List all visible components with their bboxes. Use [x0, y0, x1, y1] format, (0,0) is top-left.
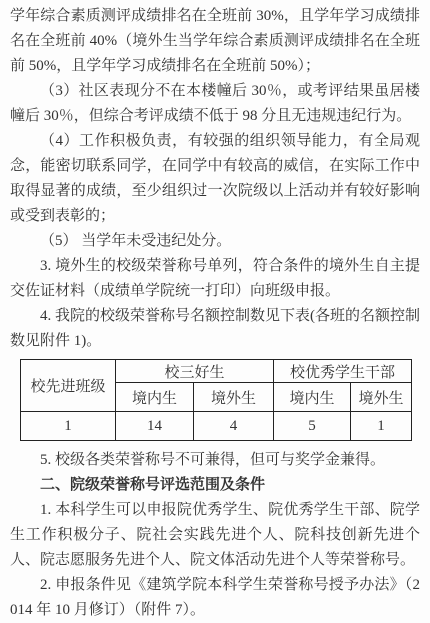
paragraph-item-4-work-responsibility: （4）工作积极负责，有较强的组织领导能力，有全局观念，能密切联系同学，在同学中有… — [10, 129, 420, 229]
paragraph-item-5-no-discipline: （5） 当学年未受违纪处分。 — [10, 229, 420, 254]
table-header-three-good-student: 校三好生 — [116, 360, 274, 383]
table-row-values: 1 14 4 5 1 — [21, 412, 412, 441]
paragraph-application-conditions: 2. 申报条件见《建筑学院本科学生荣誉称号授予办法》（2014 年 10 月修订… — [10, 573, 420, 623]
table-subheader-domestic-2: 境内生 — [274, 383, 351, 412]
table-value-three-good-domestic: 14 — [116, 412, 194, 441]
paragraph-item-3-community-score: （3）社区表现分不在本楼幢后 30％，或考评结果虽居楼幢后 30％，但综合考评成… — [10, 79, 420, 129]
paragraph-no-concurrent-titles: 5. 校级各类荣誉称号不可兼得，但可与奖学金兼得。 — [10, 448, 420, 473]
table-row-group-headers: 校先进班级 校三好生 校优秀学生干部 — [21, 360, 412, 383]
table-value-cadre-domestic: 5 — [274, 412, 351, 441]
paragraph-overseas-students-separate: 3. 境外生的校级荣誉称号单列，符合条件的境外生自主提交佐证材料（成绩单学院统一… — [10, 254, 420, 304]
table-subheader-overseas-1: 境外生 — [194, 383, 274, 412]
table-header-advanced-class: 校先进班级 — [21, 360, 116, 412]
table-value-advanced-class: 1 — [21, 412, 116, 441]
document-page: 学年综合素质测评成绩排名在全班前 30%，且学年学习成绩排名在全班前 40%（境… — [0, 0, 430, 623]
section-heading-college-honors: 二、院级荣誉称号评选范围及条件 — [10, 473, 420, 498]
table-value-cadre-overseas: 1 — [351, 412, 412, 441]
paragraph-comprehensive-ranking: 学年综合素质测评成绩排名在全班前 30%，且学年学习成绩排名在全班前 40%（境… — [10, 4, 420, 79]
paragraph-college-honor-types: 1. 本科学生可以申报院优秀学生、院优秀学生干部、院学生工作积极分子、院社会实践… — [10, 498, 420, 573]
table-header-outstanding-student-cadre: 校优秀学生干部 — [274, 360, 412, 383]
table-value-three-good-overseas: 4 — [194, 412, 274, 441]
quota-table: 校先进班级 校三好生 校优秀学生干部 境内生 境外生 境内生 境外生 1 14 … — [20, 359, 412, 441]
paragraph-quota-intro: 4. 我院的校级荣誉称号名额控制数见下表(各班的名额控制数见附件 1)。 — [10, 304, 420, 354]
table-subheader-domestic-1: 境内生 — [116, 383, 194, 412]
table-subheader-overseas-2: 境外生 — [351, 383, 412, 412]
